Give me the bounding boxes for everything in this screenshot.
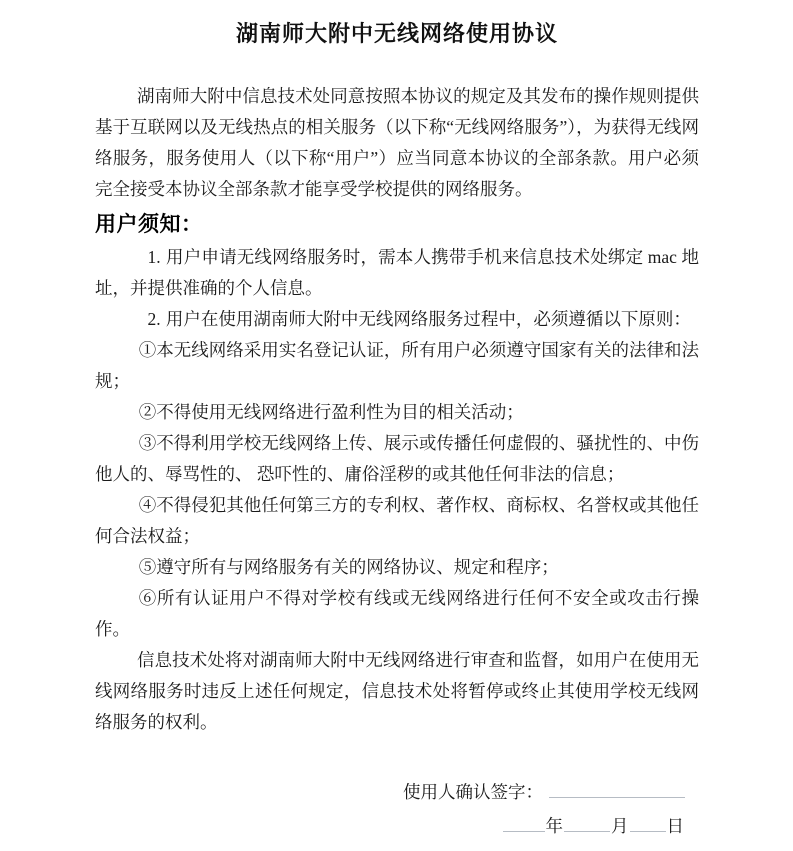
month-label: 月 — [610, 816, 630, 836]
closing-paragraph: 信息技术处将对湖南师大附中无线网络进行审查和监督，如用户在使用无线网络服务时违反… — [95, 645, 699, 738]
rule-item-3: ③不得利用学校无线网络上传、展示或传播任何虚假的、骚扰性的、中伤他人的、辱骂性的… — [95, 428, 699, 490]
month-blank-line — [564, 814, 610, 832]
signature-row: 使用人确认签字： — [95, 777, 685, 808]
rule-item-6: ⑥所有认证用户不得对学校有线或无线网络进行任何不安全或攻击行操作。 — [95, 583, 699, 645]
item-1-text: 用户申请无线网络服务时，需本人携带手机来信息技术处绑定 mac 地址，并提供准确… — [95, 247, 699, 298]
intro-paragraph: 湖南师大附中信息技术处同意按照本协议的规定及其发布的操作规则提供基于互联网以及无… — [95, 81, 699, 205]
document-title: 湖南师大附中无线网络使用协议 — [95, 20, 699, 48]
notice-heading: 用户须知： — [95, 208, 699, 241]
rule-item-5: ⑤遵守所有与网络服务有关的网络协议、规定和程序； — [95, 552, 699, 583]
signature-blank-line — [549, 780, 685, 798]
rule-item-2: ②不得使用无线网络进行盈利性为目的相关活动； — [95, 397, 699, 428]
year-blank-line — [503, 814, 545, 832]
signature-label: 使用人确认签字： — [403, 782, 543, 802]
rule-item-1: ①本无线网络采用实名登记认证，所有用户必须遵守国家有关的法律和法规； — [95, 335, 699, 397]
item-2-text: 用户在使用湖南师大附中无线网络服务过程中，必须遵循以下原则： — [166, 309, 691, 329]
date-row: 年月日 — [95, 811, 685, 842]
item-2-number: 2. — [148, 309, 161, 329]
day-label: 日 — [666, 816, 686, 836]
numbered-item-2: 2.用户在使用湖南师大附中无线网络服务过程中，必须遵循以下原则： — [95, 304, 699, 335]
signature-block: 使用人确认签字： 年月日 — [95, 777, 699, 842]
day-blank-line — [630, 814, 666, 832]
rule-item-4: ④不得侵犯其他任何第三方的专利权、著作权、商标权、名誉权或其他任何合法权益； — [95, 490, 699, 552]
item-1-number: 1. — [148, 247, 161, 267]
agreement-page: 湖南师大附中无线网络使用协议 湖南师大附中信息技术处同意按照本协议的规定及其发布… — [0, 0, 793, 851]
numbered-item-1: 1.用户申请无线网络服务时，需本人携带手机来信息技术处绑定 mac 地址，并提供… — [95, 242, 699, 304]
year-label: 年 — [545, 816, 565, 836]
